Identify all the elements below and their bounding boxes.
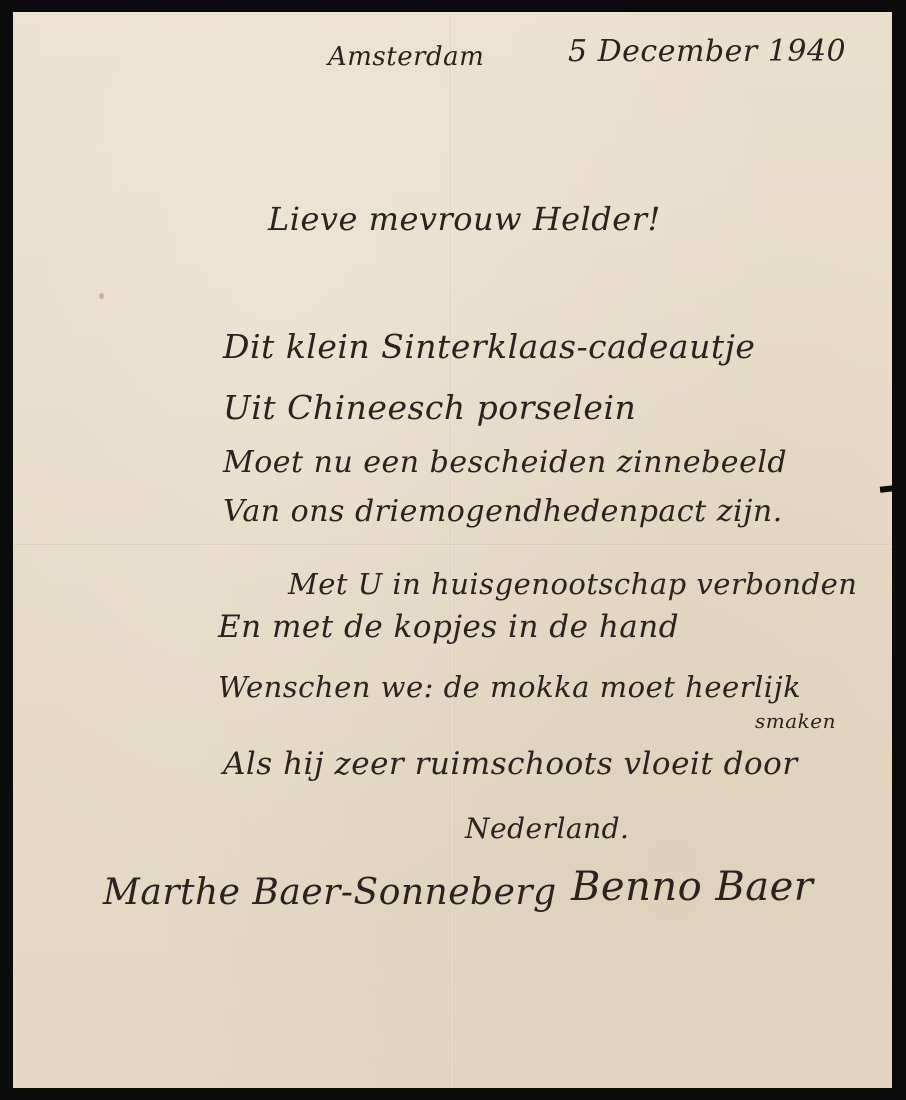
poem-line: Nederland. xyxy=(465,812,629,845)
letter-place: Amsterdam xyxy=(328,42,484,72)
poem-line: Wenschen we: de mokka moet heerlijk xyxy=(218,670,801,704)
horizontal-fold-line xyxy=(13,544,892,546)
poem-line: Als hij zeer ruimschoots vloeit door xyxy=(223,746,798,782)
letter-page: Amsterdam 5 December 1940 Lieve mevrouw … xyxy=(13,12,892,1088)
salutation: Lieve mevrouw Helder! xyxy=(268,200,661,238)
poem-line: Moet nu een bescheiden zinnebeeld xyxy=(223,445,787,480)
poem-line-continuation: smaken xyxy=(755,709,836,733)
signature-benno: Benno Baer xyxy=(571,864,813,910)
stain-spot xyxy=(99,293,104,299)
letter-date: 5 December 1940 xyxy=(568,34,846,69)
vertical-fold-line xyxy=(450,12,452,1088)
poem-line: Uit Chineesch porselein xyxy=(223,388,636,427)
poem-line: Van ons driemogendhedenpact zijn. xyxy=(223,494,783,529)
signature-marthe: Marthe Baer-Sonneberg xyxy=(103,872,557,913)
paper-tear xyxy=(880,485,895,492)
poem-line: Met U in huisgenootschap verbonden xyxy=(288,567,857,601)
poem-line: Dit klein Sinterklaas-cadeautje xyxy=(223,327,755,366)
poem-line: En met de kopjes in de hand xyxy=(218,609,679,645)
